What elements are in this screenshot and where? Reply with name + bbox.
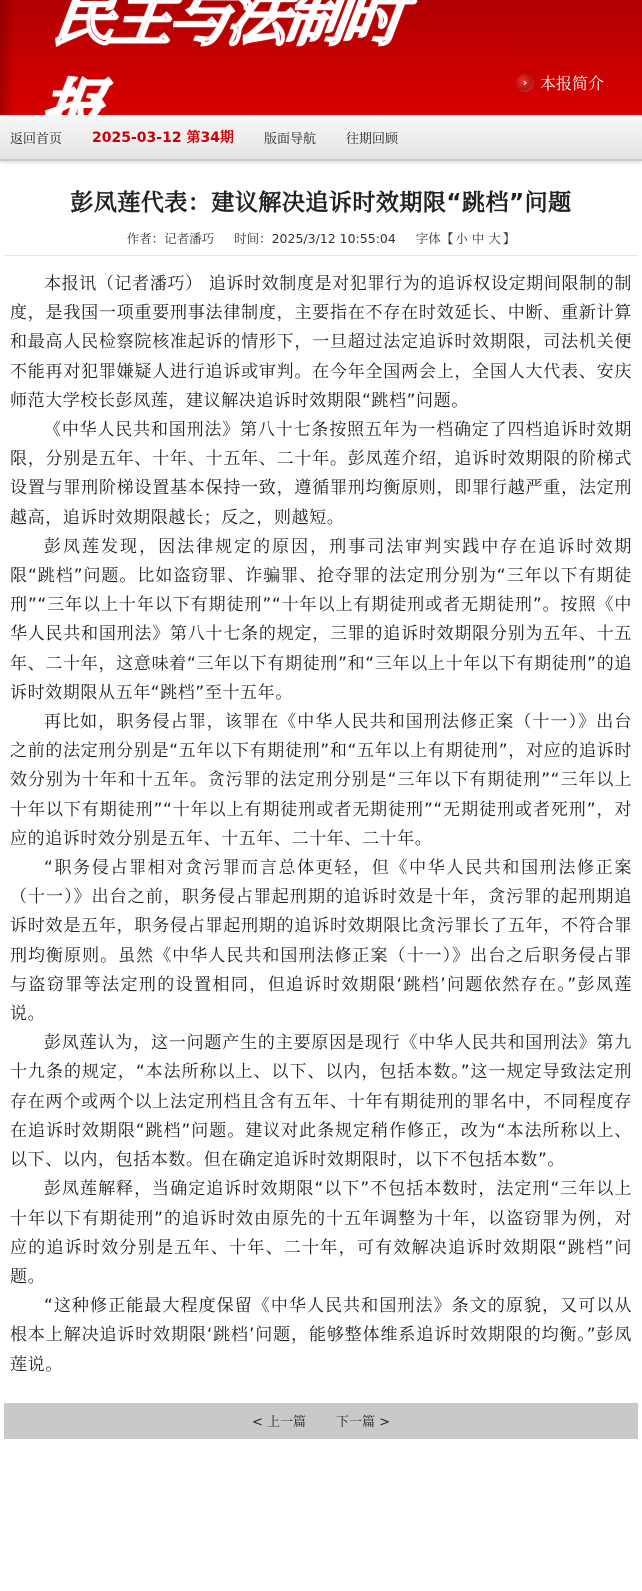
font-size-label: 字体 — [416, 231, 441, 246]
next-article-link[interactable]: 下一篇 > — [336, 1411, 390, 1430]
paragraph: “职务侵占罪相对贪污罪而言总体更轻，但《中华人民共和国刑法修正案（十一）》出台之… — [10, 854, 632, 1029]
logo-text: 民主与法制时报 — [35, 0, 411, 115]
nav-layout-link[interactable]: 版面导航 — [264, 128, 316, 147]
about-label: 本报简介 — [540, 71, 604, 94]
prev-article-link[interactable]: < 上一篇 — [252, 1411, 306, 1430]
author-label: 作者： — [127, 231, 165, 246]
paragraph: 彭凤莲认为，这一问题产生的主要原因是现行《中华人民共和国刑法》第九十九条的规定，… — [10, 1029, 632, 1175]
nav-archive-link[interactable]: 往期回顾 — [346, 128, 398, 147]
font-size-medium-button[interactable]: 中 — [470, 231, 487, 246]
chevron-right-icon: › — [516, 74, 534, 92]
masthead: 民主与法制时报 › 本报简介 — [0, 0, 642, 115]
paragraph: 再比如，职务侵占罪，该罪在《中华人民共和国刑法修正案（十一）》出台之前的法定刑分… — [10, 708, 632, 854]
article-body: 本报讯（记者潘巧） 追诉时效制度是对犯罪行为的追诉权设定期间限制的制度，是我国一… — [0, 256, 642, 1380]
about-newspaper-link[interactable]: › 本报简介 — [516, 71, 604, 94]
nav-issue-date[interactable]: 2025-03-12 第34期 — [92, 127, 234, 147]
paragraph: 彭凤莲发现，因法律规定的原因，刑事司法审判实践中存在追诉时效期限“跳档”问题。比… — [10, 533, 632, 708]
font-size-small-button[interactable]: 小 — [453, 231, 470, 246]
nav-home-link[interactable]: 返回首页 — [10, 128, 62, 147]
newspaper-logo[interactable]: 民主与法制时报 — [48, 10, 398, 106]
bracket-open: 【 — [441, 231, 454, 246]
top-nav: 返回首页 2025-03-12 第34期 版面导航 往期回顾 — [0, 115, 642, 161]
article-meta: 作者：记者潘巧 时间：2025/3/12 10:55:04 字体【小中大】 — [4, 229, 638, 256]
paragraph: 彭凤莲解释，当确定追诉时效期限“以下”不包括本数时，法定刑“三年以上十年以下有期… — [10, 1175, 632, 1292]
article-title: 彭凤莲代表：建议解决追诉时效期限“跳档”问题 — [0, 184, 642, 217]
paragraph: 本报讯（记者潘巧） 追诉时效制度是对犯罪行为的追诉权设定期间限制的制度，是我国一… — [10, 270, 632, 416]
font-size-large-button[interactable]: 大 — [486, 231, 503, 246]
paragraph: “这种修正能最大程度保留《中华人民共和国刑法》条文的原貌，又可以从根本上解决追诉… — [10, 1292, 632, 1380]
article-pager: < 上一篇 下一篇 > — [4, 1403, 638, 1439]
time-label: 时间： — [234, 231, 272, 246]
author-name: 记者潘巧 — [164, 231, 214, 246]
article: 彭凤莲代表：建议解决追诉时效期限“跳档”问题 作者：记者潘巧 时间：2025/3… — [0, 184, 642, 1473]
bottom-spacer — [0, 1439, 642, 1473]
paragraph: 《中华人民共和国刑法》第八十七条按照五年为一档确定了四档追诉时效期限，分别是五年… — [10, 416, 632, 533]
masthead-shade — [0, 0, 14, 115]
bracket-close: 】 — [503, 231, 516, 246]
publish-time: 2025/3/12 10:55:04 — [272, 231, 396, 246]
